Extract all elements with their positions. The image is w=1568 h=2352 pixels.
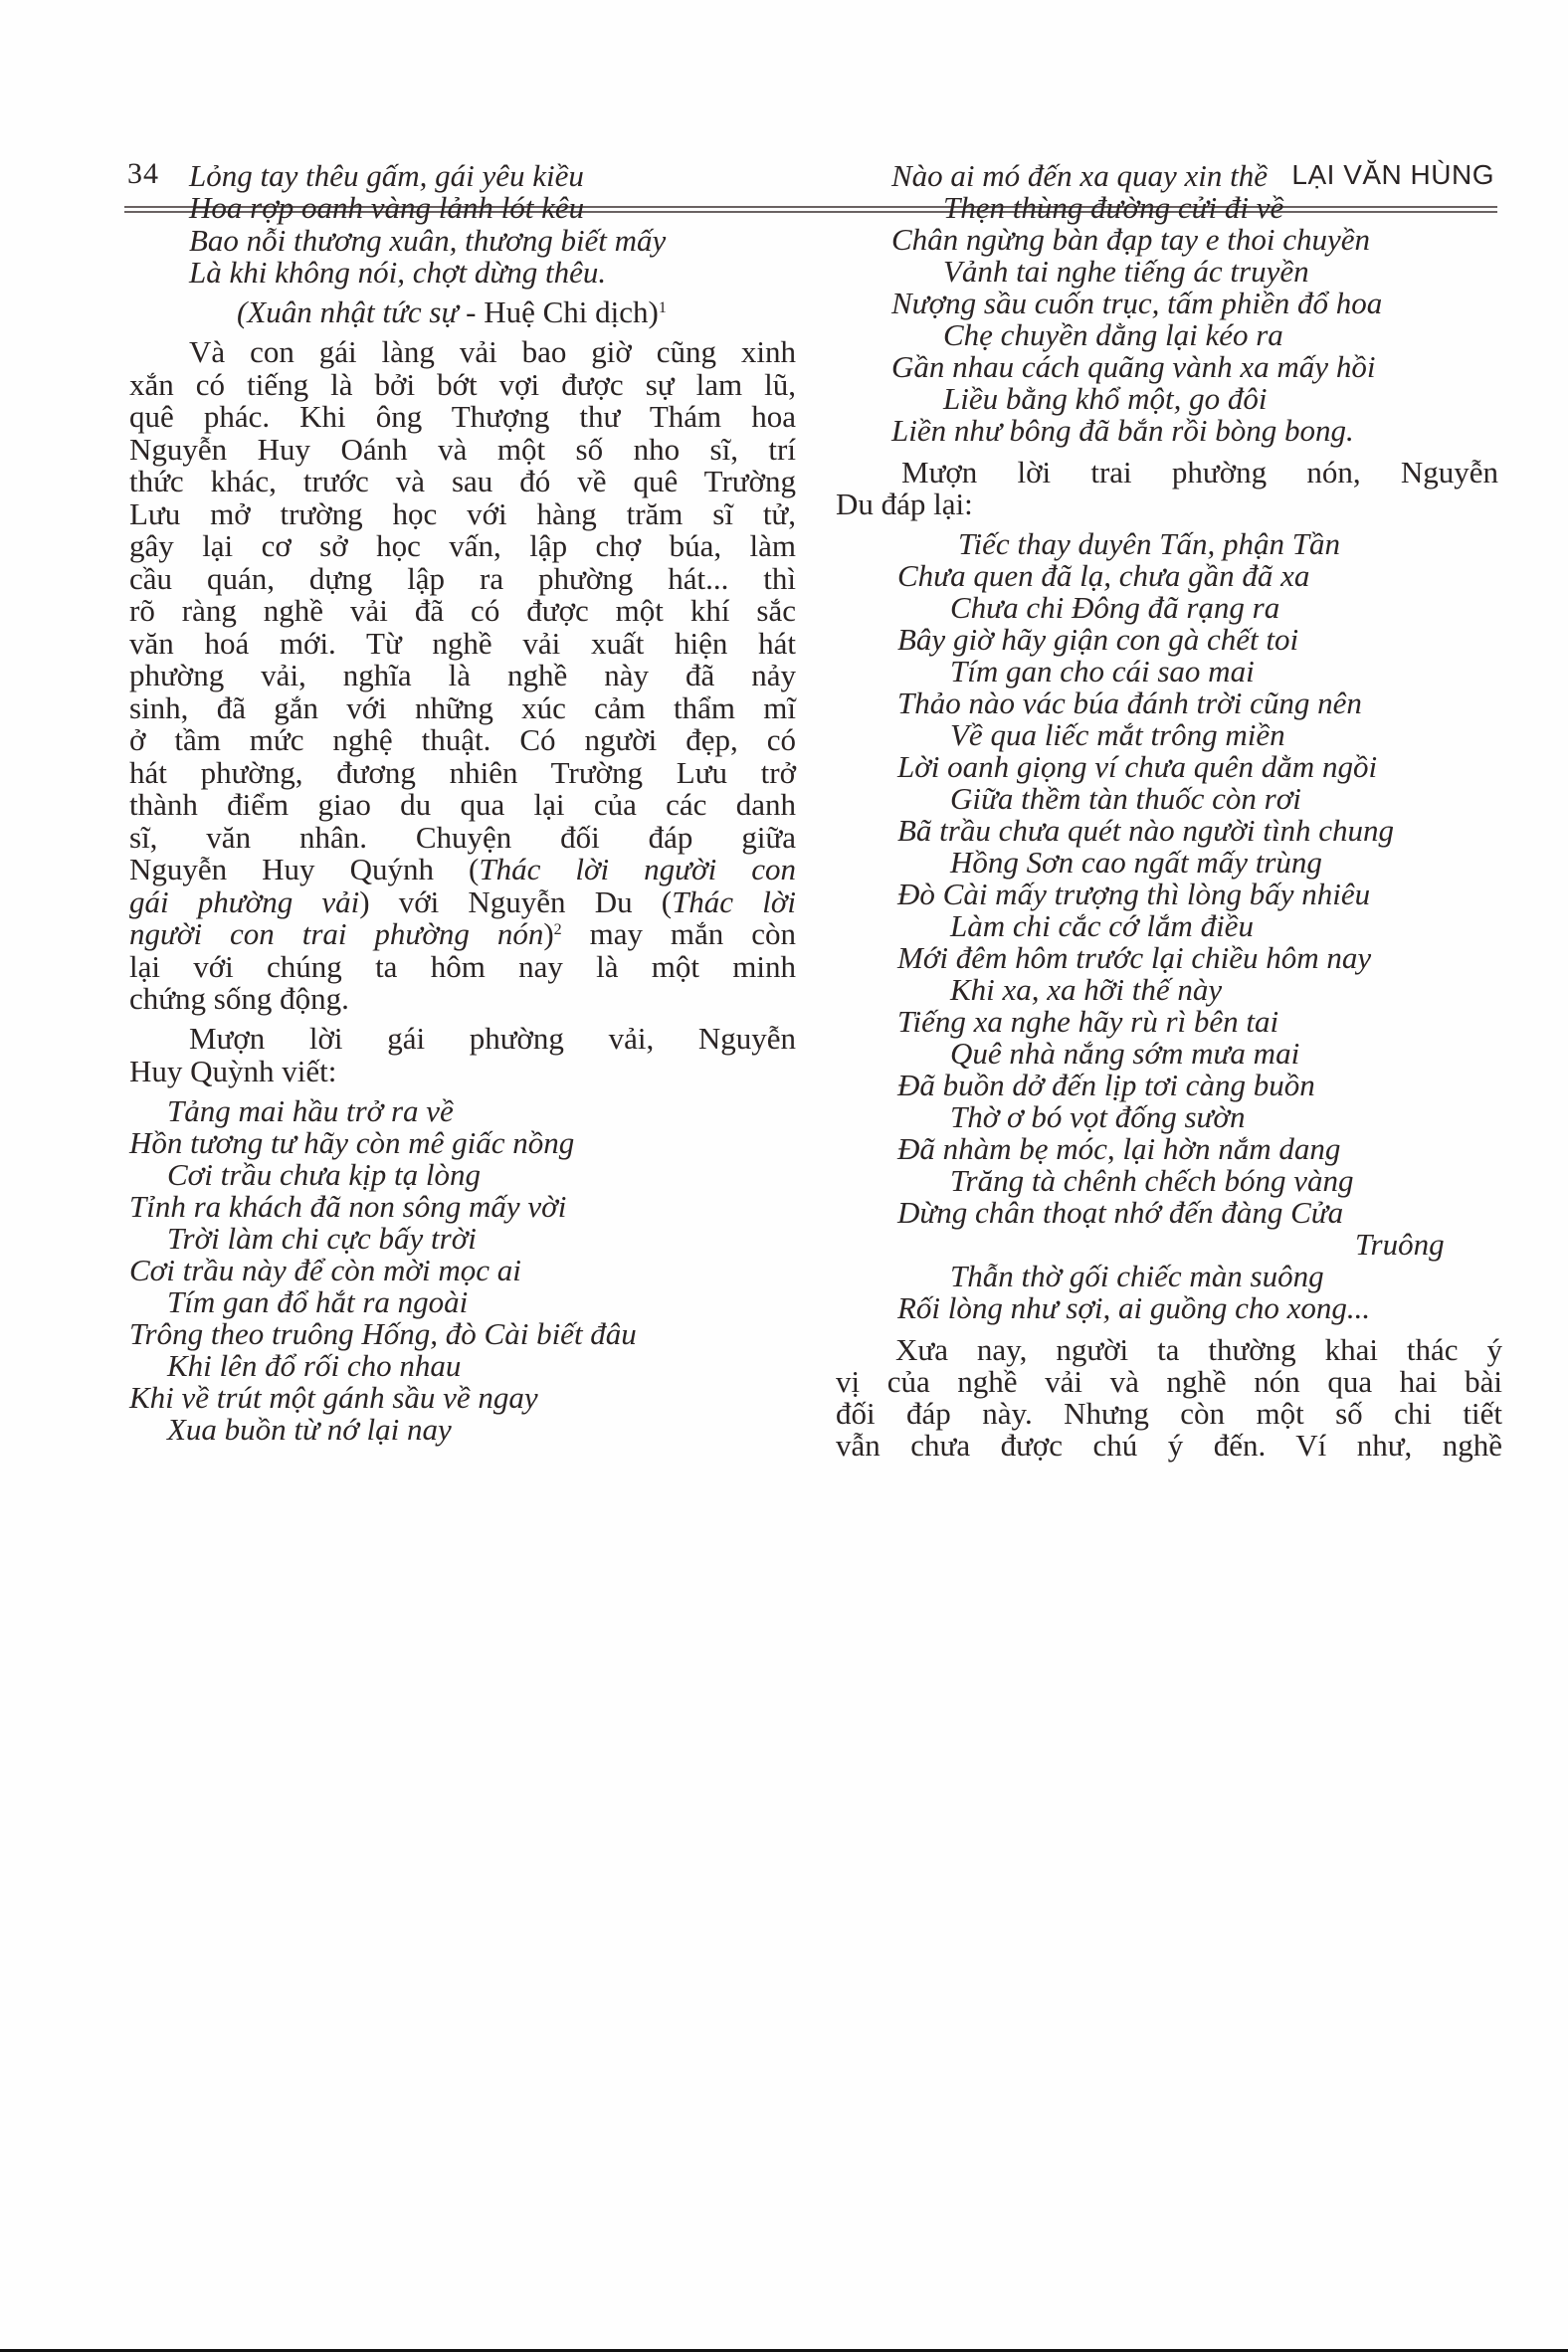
poem-line: Lời oanh giọng ví chưa quên dằm ngồi <box>897 750 1377 784</box>
poem-line: Bây giờ hãy giận con gà chết toi <box>897 623 1298 657</box>
paragraph-line: người con trai phường nón)2 may mắn còn <box>129 917 796 951</box>
text: ) với Nguyễn Du ( <box>359 884 672 919</box>
text: ) <box>543 916 553 951</box>
poem-line: Giữa thềm tàn thuốc còn rơi <box>950 782 1301 816</box>
poem-line: Tím gan cho cái sao mai <box>950 655 1255 688</box>
paragraph-line: Du đáp lại: <box>836 488 1502 521</box>
footnote-marker: 2 <box>554 921 562 938</box>
paragraph-line: rõ ràng nghề vải đã có được một khí sắc <box>129 594 796 628</box>
poem-line: Thảo nào vác búa đánh trời cũng nên <box>897 686 1362 720</box>
work-title: Thác lời <box>672 884 796 919</box>
work-title: gái phường vải <box>129 884 359 919</box>
poem-line: Làm chi cắc cớ lắm điều <box>950 909 1254 943</box>
poem-line: Dừng chân thoạt nhớ đến đàng Cửa <box>897 1196 1343 1230</box>
text: may mắn còn <box>562 916 796 951</box>
work-title: Thác lời người con <box>479 852 796 886</box>
poem-line: Chưa chi Đông đã rạng ra <box>950 591 1279 625</box>
poem-line: Nượng sầu cuốn trục, tấm phiền đổ hoa <box>891 287 1382 320</box>
paragraph-line: hát phường, đương nhiên Trường Lưu trở <box>129 756 796 790</box>
paragraph-line: chứng sống động. <box>129 982 796 1016</box>
poem-line: Thẫn thờ gối chiếc màn suông <box>950 1260 1324 1293</box>
paragraph-line: Nguyễn Huy Quýnh (Thác lời người con <box>129 853 796 886</box>
poem-line: Khi lên đổ rối cho nhau <box>167 1349 461 1383</box>
poem-line: Khi xa, xa hỡi thế này <box>950 973 1222 1007</box>
poem-line: Trông theo truông Hống, đò Cài biết đâu <box>129 1317 637 1351</box>
poem-line: Tảng mai hầu trở ra về <box>167 1094 454 1128</box>
paragraph-line: Lưu mở trường học với hàng trăm sĩ tử, <box>129 497 796 531</box>
poem-line: Đã buồn dở đến lịp tơi càng buồn <box>897 1069 1315 1102</box>
running-head-author: LẠI VĂN HÙNG <box>1291 159 1494 191</box>
paragraph-line: sĩ, văn nhân. Chuyện đối đáp giữa <box>129 821 796 855</box>
paragraph-line: Huy Quỳnh viết: <box>129 1055 796 1088</box>
paragraph-line: văn hoá mới. Từ nghề vải xuất hiện hát <box>129 627 796 661</box>
paragraph-line: gái phường vải) với Nguyễn Du (Thác lời <box>129 885 796 919</box>
poem-line: Liền như bông đã bắn rồi bòng bong. <box>891 414 1354 448</box>
poem-line: Chân ngừng bàn đạp tay e thoi chuyền <box>891 223 1370 257</box>
paragraph-line: gây lại cơ sở học vấn, lập chợ búa, làm <box>129 529 796 563</box>
paragraph-line: vẫn chưa được chú ý đến. Ví như, nghề <box>836 1429 1502 1463</box>
paragraph-line: Xưa nay, người ta thường khai thác ý <box>836 1333 1502 1367</box>
paragraph-line: ở tầm mức nghệ thuật. Có người đẹp, có <box>129 723 796 757</box>
poem-line: Bao nỗi thương xuân, thương biết mấy <box>189 224 666 258</box>
poem-line: Trăng tà chênh chếch bóng vàng <box>950 1164 1354 1198</box>
page-number: 34 <box>127 157 159 191</box>
work-title: người con trai phường nón <box>129 916 543 951</box>
poem-line: Tiếc thay duyên Tấn, phận Tần <box>958 527 1340 561</box>
poem-line: Chẹ chuyền dằng lại kéo ra <box>943 318 1283 352</box>
paragraph-line: Mượn lời gái phường vải, Nguyễn <box>129 1022 796 1056</box>
poem-line: Thẹn thùng đường cửi đi về <box>943 191 1283 225</box>
paragraph-line: xắn có tiếng là bởi bớt vợi được sự lam … <box>129 368 796 402</box>
poem-line: Thờ ơ bó vọt đống sườn <box>950 1100 1245 1134</box>
poem-line-continuation: Truông <box>1355 1228 1445 1262</box>
poem-line: Liều bằng khổ một, go đôi <box>943 382 1268 416</box>
paragraph-line: cầu quán, dựng lập ra phường hát... thì <box>129 562 796 596</box>
poem-line: Đã nhàm bẹ móc, lại hờn nắm dang <box>897 1132 1340 1166</box>
paragraph-line: Nguyễn Huy Oánh và một số nho sĩ, trí <box>129 433 796 467</box>
poem-citation: (Xuân nhật tức sự - Huệ Chi dịch)1 <box>237 295 667 329</box>
poem-line: Bã trầu chưa quét nào người tình chung <box>897 814 1394 848</box>
poem-line: Tiếng xa nghe hãy rù rì bên tai <box>897 1005 1278 1039</box>
poem-line: Hồng Sơn cao ngất mấy trùng <box>950 846 1322 880</box>
poem-line: Lỏng tay thêu gấm, gái yêu kiều <box>189 159 584 193</box>
paragraph-line: lại với chúng ta hôm nay là một minh <box>129 950 796 984</box>
footnote-marker: 1 <box>659 299 667 316</box>
poem-line: Tỉnh ra khách đã non sông mấy vời <box>129 1190 566 1224</box>
paragraph-line: đối đáp này. Nhưng còn một số chi tiết <box>836 1397 1502 1431</box>
poem-line: Khi về trút một gánh sầu về ngay <box>129 1381 538 1415</box>
poem-line: Nào ai mó đến xa quay xin thề <box>891 159 1268 193</box>
poem-line: Chưa quen đã lạ, chưa gần đã xa <box>897 559 1309 593</box>
poem-line: Quê nhà nắng sớm mưa mai <box>950 1037 1299 1071</box>
citation-title: (Xuân nhật tức sự <box>237 294 458 329</box>
paragraph-line: thành điểm giao du qua lại của các danh <box>129 788 796 822</box>
paragraph-line: sinh, đã gắn với những xúc cảm thẩm mĩ <box>129 691 796 725</box>
citation-translator: - Huệ Chi dịch) <box>458 294 658 329</box>
poem-line: Cơi trầu chưa kịp tạ lòng <box>167 1158 481 1192</box>
poem-line: Trời làm chi cực bấy trời <box>167 1222 477 1256</box>
poem-line: Vảnh tai nghe tiếng ác truyền <box>943 255 1309 289</box>
poem-line: Về qua liếc mắt trông miền <box>950 718 1285 752</box>
paragraph-line: Mượn lời trai phường nón, Nguyễn <box>836 456 1498 490</box>
poem-line: Mới đêm hôm trước lại chiều hôm nay <box>897 941 1371 975</box>
poem-line: Tím gan đổ hắt ra ngoài <box>167 1285 468 1319</box>
poem-line: Hồn tương tư hãy còn mê giấc nồng <box>129 1126 574 1160</box>
poem-line: Hoa rợp oanh vàng lảnh lót kêu <box>189 191 584 225</box>
poem-line: Xua buồn từ nớ lại nay <box>167 1413 452 1447</box>
paragraph-line: quê phác. Khi ông Thượng thư Thám hoa <box>129 400 796 434</box>
paragraph-line: Và con gái làng vải bao giờ cũng xinh <box>129 335 796 369</box>
poem-line: Đò Cài mấy trượng thì lòng bấy nhiêu <box>897 878 1370 911</box>
poem-line: Gần nhau cách quãng vành xa mấy hồi <box>891 350 1375 384</box>
poem-line: Cơi trầu này để còn mời mọc ai <box>129 1254 521 1287</box>
paragraph-line: thức khác, trước và sau đó về quê Trường <box>129 465 796 498</box>
paragraph-line: vị của nghề vải và nghề nón qua hai bài <box>836 1365 1502 1399</box>
text: Nguyễn Huy Quýnh ( <box>129 852 479 886</box>
poem-line: Là khi không nói, chợt dừng thêu. <box>189 256 606 290</box>
poem-line: Rối lòng như sợi, ai guồng cho xong... <box>897 1291 1370 1325</box>
paragraph-line: phường vải, nghĩa là nghề này đã nảy <box>129 659 796 692</box>
